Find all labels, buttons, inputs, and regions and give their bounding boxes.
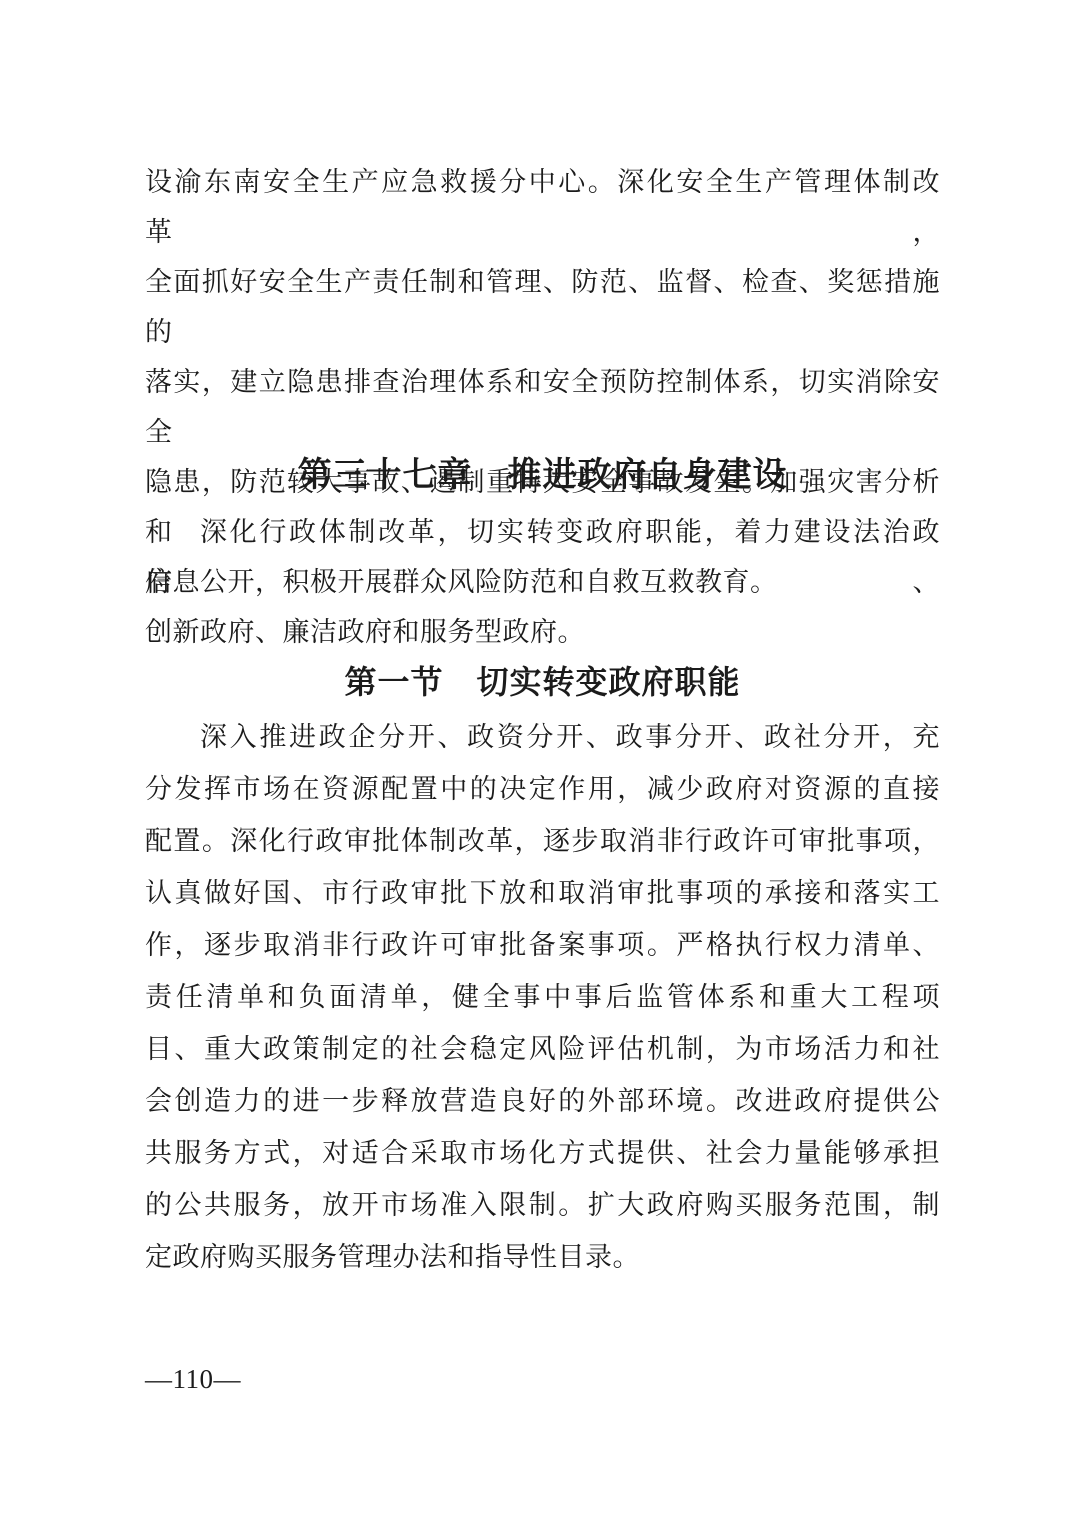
text-line: 落实，建立隐患排查治理体系和安全预防控制体系，切实消除安全 bbox=[145, 357, 940, 457]
text-line: 会创造力的进一步释放营造良好的外部环境。改进政府提供公 bbox=[145, 1075, 940, 1127]
section-1-heading: 第一节 切实转变政府职能 bbox=[145, 657, 940, 707]
text-line: 目、重大政策制定的社会稳定风险评估机制，为市场活力和社 bbox=[145, 1023, 940, 1075]
paragraph-chapter-intro: 深化行政体制改革，切实转变政府职能，着力建设法治政府、 创新政府、廉洁政府和服务… bbox=[145, 507, 940, 657]
text-line: 全面抓好安全生产责任制和管理、防范、监督、检查、奖惩措施的 bbox=[145, 257, 940, 357]
text-line: 配置。深化行政审批体制改革，逐步取消非行政许可审批事项， bbox=[145, 815, 940, 867]
text-line: 深入推进政企分开、政资分开、政事分开、政社分开，充 bbox=[145, 711, 940, 763]
text-line: 责任清单和负面清单，健全事中事后监管体系和重大工程项 bbox=[145, 971, 940, 1023]
text-line: 设渝东南安全生产应急救援分中心。深化安全生产管理体制改革， bbox=[145, 157, 940, 257]
document-page: 设渝东南安全生产应急救援分中心。深化安全生产管理体制改革， 全面抓好安全生产责任… bbox=[0, 0, 1074, 1520]
text-line: 的公共服务，放开市场准入限制。扩大政府购买服务范围，制 bbox=[145, 1179, 940, 1231]
text-line: 认真做好国、市行政审批下放和取消审批事项的承接和落实工 bbox=[145, 867, 940, 919]
text-line: 深化行政体制改革，切实转变政府职能，着力建设法治政府、 bbox=[145, 507, 940, 607]
text-line: 创新政府、廉洁政府和服务型政府。 bbox=[145, 607, 940, 657]
text-line: 共服务方式，对适合采取市场化方式提供、社会力量能够承担 bbox=[145, 1127, 940, 1179]
text-line: 作，逐步取消非行政许可审批备案事项。严格执行权力清单、 bbox=[145, 919, 940, 971]
page-number: —110— bbox=[145, 1362, 241, 1396]
text-line: 定政府购买服务管理办法和指导性目录。 bbox=[145, 1231, 940, 1283]
paragraph-section-body: 深入推进政企分开、政资分开、政事分开、政社分开，充 分发挥市场在资源配置中的决定… bbox=[145, 711, 940, 1283]
chapter-37-heading: 第三十七章 推进政府自身建设 bbox=[145, 450, 940, 500]
text-line: 分发挥市场在资源配置中的决定作用，减少政府对资源的直接 bbox=[145, 763, 940, 815]
